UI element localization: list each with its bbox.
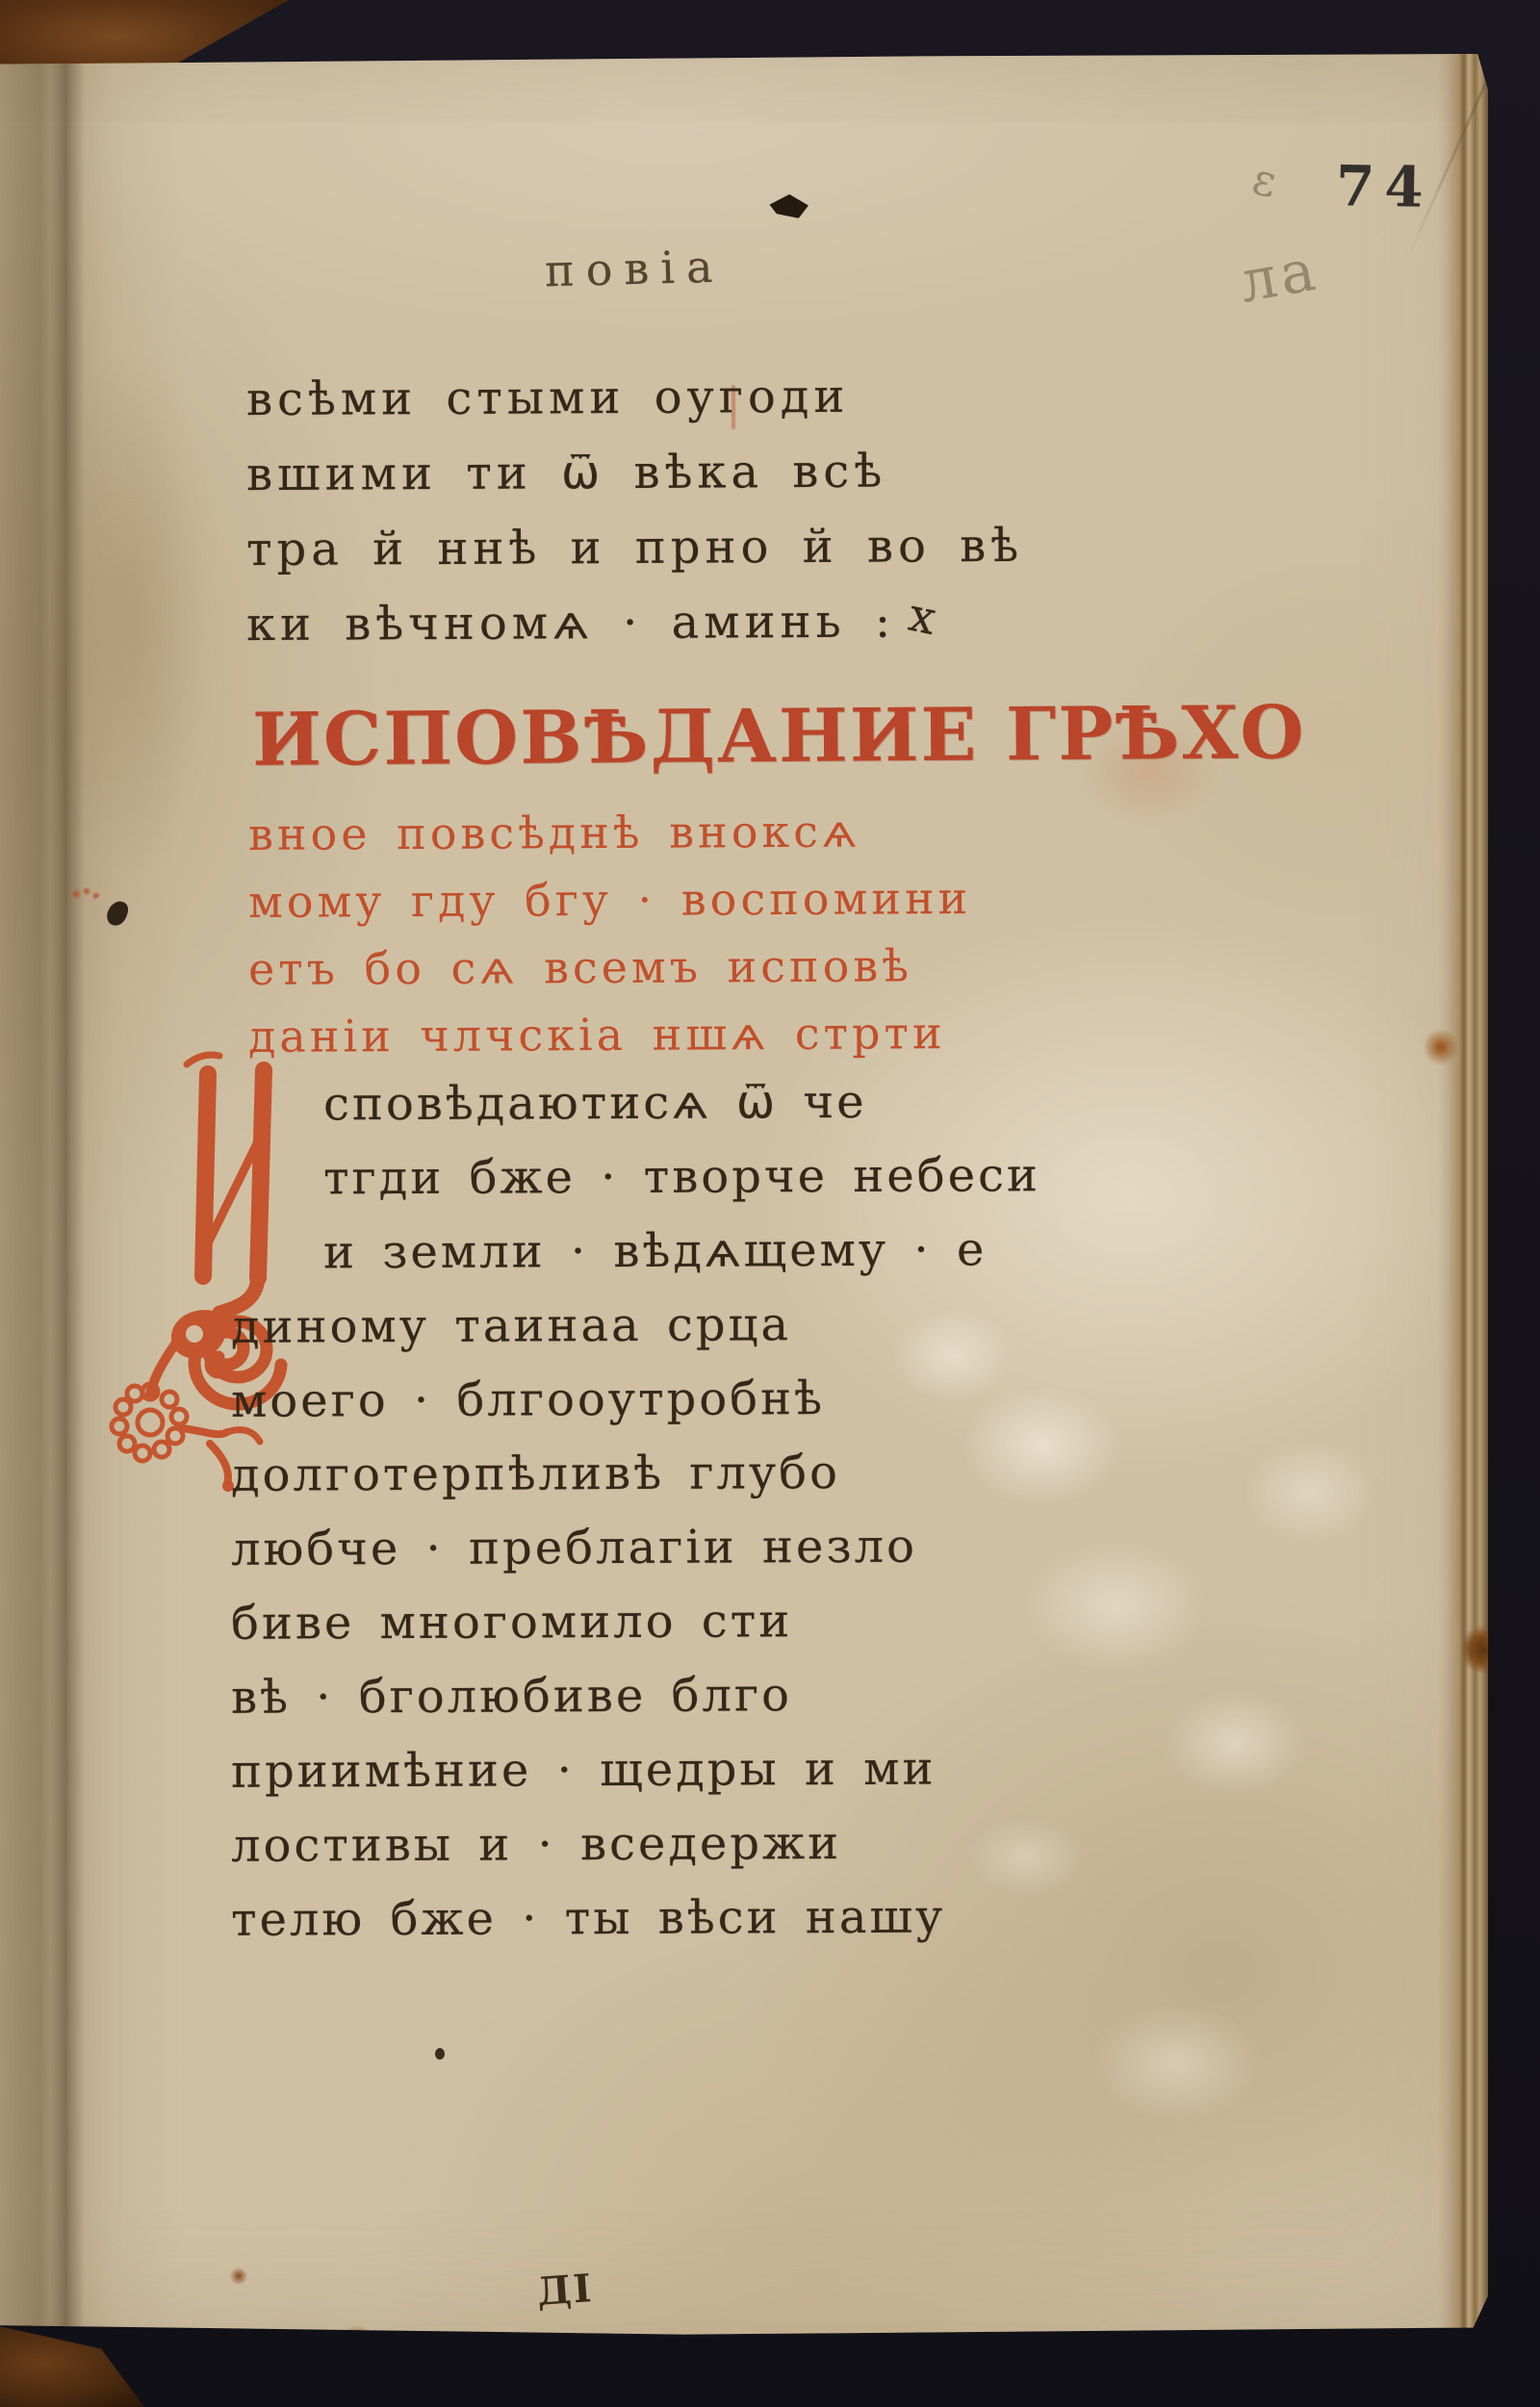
amen-flourish: х (902, 577, 947, 657)
text-line: вшими ти ѿ вѣка всѣ (246, 433, 1024, 512)
rubric-line: етъ бо сѧ всемъ исповѣ (248, 932, 972, 1003)
body-line: и земли · вѣдѧщему · е (231, 1213, 1040, 1291)
body-line: биве многомило сти (231, 1583, 1040, 1661)
body-line: моего · блгооутробнѣ (231, 1361, 1040, 1439)
pencil-annotation: ла (1235, 236, 1324, 316)
rubric-heading: ИСПОВѢДАНИЕ ГРѢХО (252, 689, 1306, 782)
book-spine-leather-bottom (0, 2317, 144, 2407)
ink-blot (768, 192, 809, 221)
body-line: диному таинаа срца (231, 1287, 1040, 1365)
rubric-line: мому гду бгу · воспомини (248, 864, 972, 935)
body-line: сповѣдаютисѧ ѿ че (231, 1064, 1040, 1142)
manuscript-photograph: повіа 74 ε ла всѣми стыми оугоди вшими т… (0, 0, 1540, 2407)
body-line: долготерпѣливѣ глубо (231, 1435, 1040, 1513)
body-line: телю бже · ты вѣси нашу (231, 1880, 1040, 1958)
body-line: тгди бже · творче небеси (231, 1139, 1040, 1216)
opening-text-block: всѣми стыми оугоди вшими ти ѿ вѣка всѣ т… (246, 360, 1023, 660)
body-line: любче · преблагіи незло (231, 1509, 1040, 1587)
gutter-crease (50, 54, 85, 2337)
body-line: приимѣние · щедры и ми (231, 1731, 1040, 1809)
rust-stain (229, 2267, 248, 2285)
rubric-text-block: вное повсѣднѣ вноксѧ мому гду бгу · восп… (248, 799, 971, 1068)
folio-number: 74 (1335, 153, 1433, 220)
text-line: тра й ннѣ и прно й во вѣ (246, 508, 1024, 587)
pencil-squiggle: ε (1248, 152, 1282, 208)
ink-spot (435, 2048, 445, 2060)
rubric-line: даніи члчскіа ншѧ стрти (248, 999, 972, 1070)
quire-signature: ДІ (535, 2266, 594, 2315)
text-line-amen: ки вѣчномѧ · аминь : (246, 595, 895, 653)
body-line: лостивы и · вседержи (231, 1805, 1040, 1883)
body-text-block: сповѣдаютисѧ ѿ че тгди бже · творче небе… (231, 1066, 1040, 1956)
manuscript-page: повіа 74 ε ла всѣми стыми оугоди вшими т… (0, 54, 1488, 2337)
running-title: повіа (544, 241, 725, 297)
text-line: всѣми стыми оугоди (246, 358, 1024, 437)
page-edge-leaves (1438, 54, 1488, 2337)
rubric-line: вное повсѣднѣ вноксѧ (248, 797, 972, 868)
body-line: вѣ · бголюбиве блго (231, 1657, 1040, 1735)
rust-stain (422, 2375, 447, 2398)
text-line: ки вѣчномѧ · аминь :х (246, 583, 1024, 662)
rust-stain (335, 2325, 379, 2375)
